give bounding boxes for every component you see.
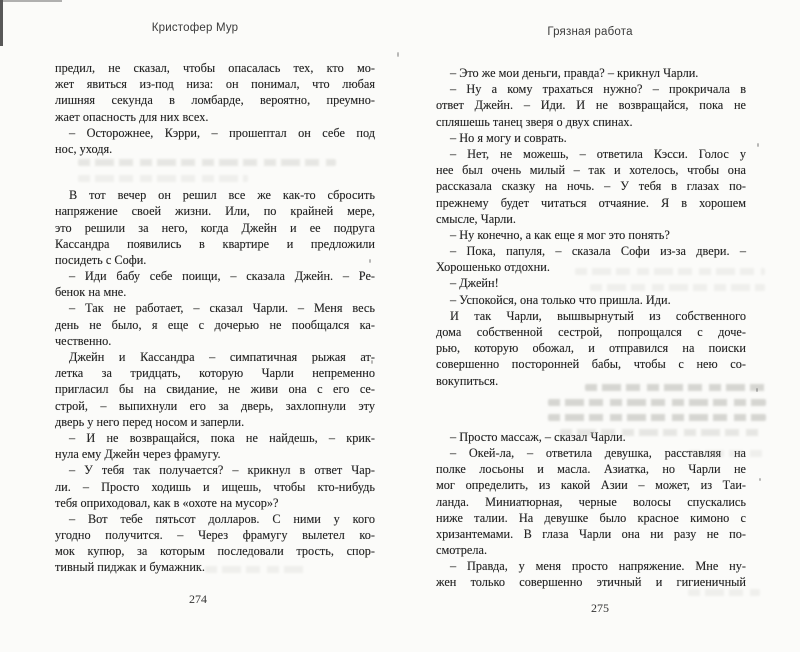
text-line: ланда. Миниатюрная, черные волосы спуска…: [436, 494, 746, 510]
paragraph: – Иди бабу себе поищи, – сказала Джейн. …: [55, 268, 375, 300]
paragraph: – Нет, не можешь, – ответила Кэсси. Голо…: [436, 146, 746, 227]
page-number-right: 275: [578, 601, 622, 616]
text-line: – Вот тебе пятьсот долларов. С ними у ко…: [55, 511, 375, 527]
paragraph: – Так не работает, – сказал Чарли. – Мен…: [55, 300, 375, 349]
text-line: день не было, я еще с дочерью не пообщал…: [55, 317, 375, 333]
text-line: Джейн и Кассандра – симпатичная рыжая ат…: [55, 349, 375, 365]
left-page-text: предил, не сказал, чтобы опасалась тех, …: [55, 60, 375, 576]
text-line: пригласил бы на свидание, не живи она с …: [55, 381, 375, 397]
text-line: – И не возвращайся, пока не найдешь, – к…: [55, 430, 375, 446]
page-number-left: 274: [176, 592, 220, 607]
text-line: мог определить, из какой Азии – может, и…: [436, 477, 746, 493]
scan-speck: [757, 143, 759, 147]
text-line: смысле, Чарли.: [436, 211, 746, 227]
text-line: летка за тридцать, которую Чарли непреме…: [55, 365, 375, 381]
book-spread-scan: { "book": { "left_page": { "running_head…: [0, 0, 800, 652]
text-line: тебя оприходовал, как в «охоте на мусор»…: [55, 495, 375, 511]
section-break: [436, 389, 746, 429]
text-line: ниже талии. На девушке было красное кимо…: [436, 510, 746, 526]
bleed-through-ghost-text: [560, 429, 760, 436]
text-line: рью, которую обожал, и отправился на пои…: [436, 340, 746, 356]
text-line: дверь у него перед носом и заперли.: [55, 414, 375, 430]
bleed-through-ghost-text: [78, 175, 248, 182]
text-line: это решили за него, когда Джейн и ее под…: [55, 220, 375, 236]
bleed-through-ghost-text: [688, 450, 763, 457]
paragraph: – Осторожнее, Кэрри, – прошептал он себе…: [55, 125, 375, 157]
text-line: – Нет, не можешь, – ответила Кэсси. Голо…: [436, 146, 746, 162]
text-line: Кассандра появились в квартире и предлож…: [55, 236, 375, 252]
text-line: предил, не сказал, чтобы опасалась тех, …: [55, 60, 375, 76]
text-line: чественно.: [55, 333, 375, 349]
text-line: мок купюр, за которым последовали трость…: [55, 543, 375, 559]
text-line: ответ Джейн. – Иди. И не возвращайся, по…: [436, 97, 746, 113]
paragraph: – Ну а кому трахаться нужно? – прокричал…: [436, 81, 746, 130]
bleed-through-ghost-text: [548, 414, 766, 421]
text-line: бенок на мне.: [55, 284, 375, 300]
paragraph: В тот вечер он решил все же как-то сброс…: [55, 187, 375, 268]
paragraph: – Ну конечно, а как еще я мог это понять…: [436, 227, 746, 243]
text-line: – Ну а кому трахаться нужно? – прокричал…: [436, 81, 746, 97]
scan-edge-shadow: [0, 0, 62, 2]
paragraph: предил, не сказал, чтобы опасалась тех, …: [55, 60, 375, 125]
text-line: – Это же мои деньги, правда? – крикнул Ч…: [436, 65, 746, 81]
running-head-author: Кристофер Мур: [140, 22, 250, 34]
text-line: – Ну конечно, а как еще я мог это понять…: [436, 227, 746, 243]
text-line: прежнему будет читаться отчаяние. Я в хо…: [436, 195, 746, 211]
scan-speck: [756, 388, 758, 392]
text-line: – Успокойся, она только что пришла. Иди.: [436, 292, 746, 308]
bleed-through-ghost-text: [585, 384, 765, 391]
text-line: нее был очень милый – так и хотелось, чт…: [436, 162, 746, 178]
text-line: рассказала сказку на ночь. – У тебя в гл…: [436, 178, 746, 194]
scan-edge-shadow: [0, 0, 3, 46]
text-line: дома собственной сестрой, попрощался с д…: [436, 324, 746, 340]
text-line: В тот вечер он решил все же как-то сброс…: [55, 187, 375, 203]
paragraph: – Но я могу и соврать.: [436, 130, 746, 146]
paragraph: – Окей-ла, – ответила девушка, расставля…: [436, 445, 746, 558]
text-line: жет явиться из-под низа: он понимал, что…: [55, 76, 375, 92]
paragraph: И так Чарли, вышвырнутый из собственного…: [436, 308, 746, 389]
text-line: – Но я могу и соврать.: [436, 130, 746, 146]
text-line: жает опасность для них всех.: [55, 109, 375, 125]
running-head-title: Грязная работа: [525, 26, 655, 38]
text-line: спляшешь танец зверя о двух спинах.: [436, 114, 746, 130]
bleed-through-ghost-text: [590, 284, 765, 291]
text-line: смотрела.: [436, 542, 746, 558]
paragraph: – У тебя так получается? – крикнул в отв…: [55, 462, 375, 511]
text-line: напряжение своей жизни. Или, по крайней …: [55, 203, 375, 219]
paragraph: – Успокойся, она только что пришла. Иди.: [436, 292, 746, 308]
bleed-through-ghost-text: [575, 268, 765, 275]
paragraph: – И не возвращайся, пока не найдешь, – к…: [55, 430, 375, 462]
text-line: лишняя секунда в ломбарде, вероятно, пре…: [55, 92, 375, 108]
text-line: – Осторожнее, Кэрри, – прошептал он себе…: [55, 125, 375, 141]
scan-speck: [371, 360, 373, 364]
scan-speck: [369, 259, 371, 263]
scan-speck: [759, 478, 761, 481]
paragraph: Джейн и Кассандра – симпатичная рыжая ат…: [55, 349, 375, 430]
text-line: ли. – Просто ходишь и ищешь, чтобы кто-н…: [55, 479, 375, 495]
paragraph: – Это же мои деньги, правда? – крикнул Ч…: [436, 65, 746, 81]
text-line: угодно получится. – Через фрамугу вылете…: [55, 527, 375, 543]
text-line: посидеть с Софи.: [55, 252, 375, 268]
bleed-through-ghost-text: [548, 399, 766, 406]
text-line: совершенно посторонней бабы, чтобы с нею…: [436, 356, 746, 372]
paragraph: – Правда, у меня просто напряжение. Мне …: [436, 558, 746, 590]
text-line: – Так не работает, – сказал Чарли. – Мен…: [55, 300, 375, 316]
text-line: – Пока, папуля, – сказала Софи из-за две…: [436, 243, 746, 259]
right-page-text: – Это же мои деньги, правда? – крикнул Ч…: [436, 65, 746, 591]
text-line: – У тебя так получается? – крикнул в отв…: [55, 462, 375, 478]
text-line: – Иди бабу себе поищи, – сказала Джейн. …: [55, 268, 375, 284]
text-line: – Правда, у меня просто напряжение. Мне …: [436, 558, 746, 574]
text-line: полке лосьоны и масла. Азиатка, но Чарли…: [436, 461, 746, 477]
text-line: строй, – выпихнули его за дверь, захлопн…: [55, 398, 375, 414]
text-line: хризантемами. В глаза Чарли она ни разу …: [436, 526, 746, 542]
text-line: И так Чарли, вышвырнутый из собственного: [436, 308, 746, 324]
bleed-through-ghost-text: [688, 589, 760, 596]
text-line: нула ему Джейн через фрамугу.: [55, 446, 375, 462]
bleed-through-ghost-text: [205, 566, 305, 573]
scan-speck: [397, 52, 399, 57]
bleed-through-ghost-text: [78, 159, 336, 166]
text-line: нос, уходя.: [55, 141, 375, 157]
